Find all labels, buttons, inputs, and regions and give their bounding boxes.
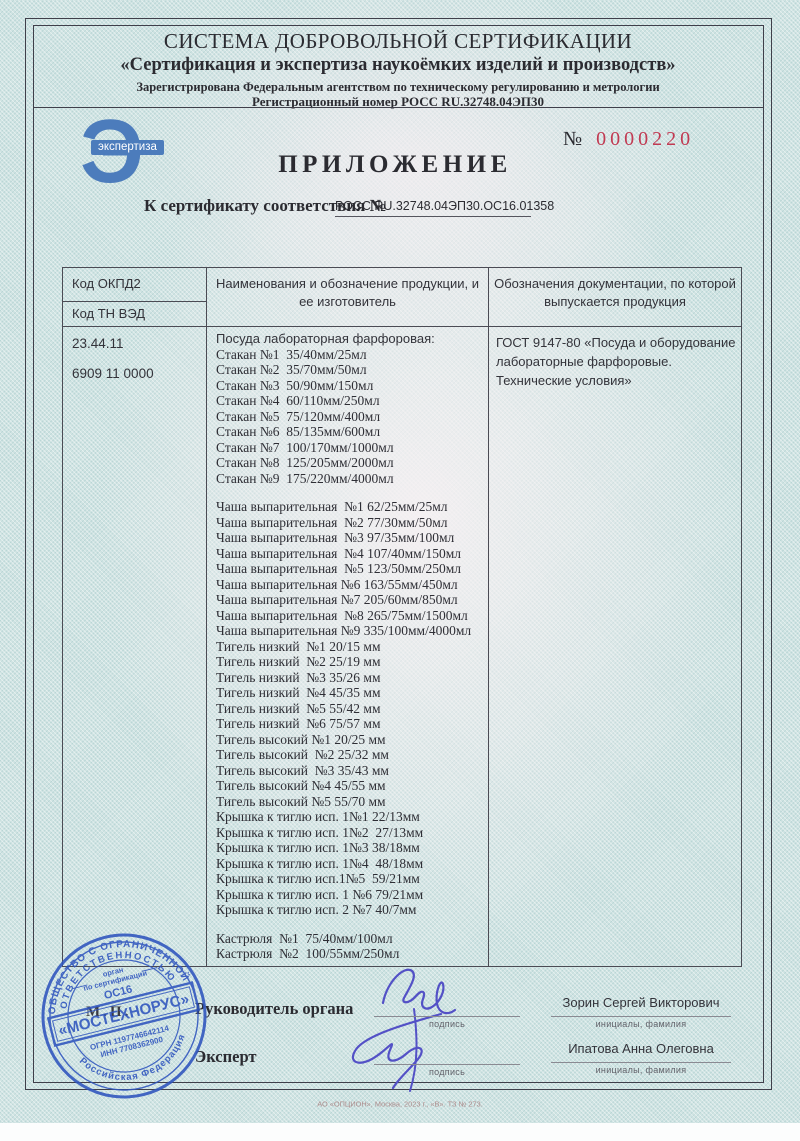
system-title: СИСТЕМА ДОБРОВОЛЬНОЙ СЕРТИФИКАЦИИ	[34, 29, 762, 54]
product-line: Чаша выпарительная №1 62/25мм/25мл	[216, 499, 488, 515]
product-line: Стакан №6 85/135мм/600мл	[216, 424, 488, 440]
codes-cell: 23.44.11 6909 11 0000	[72, 336, 154, 381]
column-divider-1	[206, 268, 207, 966]
signature-2-line	[374, 1064, 520, 1065]
product-group: Чаша выпарительная №1 62/25мм/25млЧаша в…	[216, 499, 488, 639]
product-line: Стакан №9 175/220мм/4000мл	[216, 471, 488, 487]
product-line: Крышка к тиглю исп. 1№4 48/18мм	[216, 856, 488, 872]
product-line: Стакан №3 50/90мм/150мл	[216, 378, 488, 394]
product-line: Чаша выпарительная №8 265/75мм/1500мл	[216, 608, 488, 624]
head-name-caption: инициалы, фамилия	[551, 1019, 731, 1029]
header-row-divider	[63, 326, 741, 327]
expert-name-caption: инициалы, фамилия	[551, 1065, 731, 1075]
certificate-appendix-page: СИСТЕМА ДОБРОВОЛЬНОЙ СЕРТИФИКАЦИИ «Серти…	[0, 0, 800, 1141]
product-line: Тигель низкий №6 75/57 мм	[216, 716, 488, 732]
product-line: Чаша выпарительная №4 107/40мм/150мл	[216, 546, 488, 562]
product-group: Кастрюля №1 75/40мм/100млКастрюля №2 100…	[216, 931, 488, 962]
form-number-value: 0000220	[596, 128, 694, 150]
product-line: Стакан №8 125/205мм/2000мл	[216, 455, 488, 471]
product-line: Стакан №5 75/120мм/400мл	[216, 409, 488, 425]
head-name-line	[551, 1016, 731, 1017]
product-line: Чаша выпарительная №9 335/100мм/4000мл	[216, 623, 488, 639]
product-line: Кастрюля №2 100/55мм/250мл	[216, 946, 488, 962]
header-documentation: Обозначения документации, по которой вып…	[489, 275, 741, 310]
product-line: Тигель высокий №3 35/43 мм	[216, 763, 488, 779]
code-cell-divider	[63, 301, 206, 302]
product-line: Стакан №1 35/40мм/25мл	[216, 347, 488, 363]
product-line: Тигель низкий №1 20/15 мм	[216, 639, 488, 655]
product-line: Кастрюля №1 75/40мм/100мл	[216, 931, 488, 947]
expert-name: Ипатова Анна Олеговна	[551, 1041, 731, 1056]
header-okpd2: Код ОКПД2	[72, 276, 141, 291]
product-line: Чаша выпарительная №7 205/60мм/850мл	[216, 592, 488, 608]
product-group: Стакан №1 35/40мм/25млСтакан №2 35/70мм/…	[216, 347, 488, 487]
registered-line: Зарегистрирована Федеральным агентством …	[34, 80, 762, 95]
product-line: Крышка к тиглю исп.1№5 59/21мм	[216, 871, 488, 887]
product-line: Чаша выпарительная №6 163/55мм/450мл	[216, 577, 488, 593]
system-name: «Сертификация и экспертиза наукоёмких из…	[34, 55, 762, 76]
page-title: ПРИЛОЖЕНИЕ	[0, 151, 790, 179]
form-number-sign: №	[563, 128, 582, 150]
products-table: Код ОКПД2 Код ТН ВЭД Наименования и обоз…	[62, 267, 742, 967]
documentation-line: лабораторные фарфоровые.	[496, 352, 742, 371]
column-divider-2	[488, 268, 489, 966]
product-line: Чаша выпарительная №3 97/35мм/100мл	[216, 530, 488, 546]
documentation-line: Технические условия»	[496, 371, 742, 390]
form-number: №0000220	[563, 128, 694, 151]
product-line: Стакан №7 100/170мм/1000мл	[216, 440, 488, 456]
product-group: Тигель низкий №1 20/15 ммТигель низкий №…	[216, 639, 488, 732]
scan-bottom-edge	[0, 1123, 800, 1141]
product-line: Тигель высокий №2 25/32 мм	[216, 747, 488, 763]
tnved-code: 6909 11 0000	[72, 366, 154, 381]
certificate-number: РОСС RU.32748.04ЭП30.ОС16.01358	[335, 199, 531, 217]
product-line: Стакан №4 60/110мм/250мл	[216, 393, 488, 409]
products-intro: Посуда лабораторная фарфоровая:	[216, 331, 488, 347]
product-line: Тигель высокий №5 55/70 мм	[216, 794, 488, 810]
product-line: Крышка к тиглю исп. 1№2 27/13мм	[216, 825, 488, 841]
product-group: Крышка к тиглю исп. 1№1 22/13ммКрышка к …	[216, 809, 488, 918]
products-cell: Посуда лабораторная фарфоровая: Стакан №…	[216, 331, 488, 962]
signature-1-caption: подпись	[374, 1019, 520, 1029]
product-line: Тигель высокий №1 20/25 мм	[216, 732, 488, 748]
product-line: Крышка к тиглю исп. 1№3 38/18мм	[216, 840, 488, 856]
product-line: Крышка к тиглю исп. 1№1 22/13мм	[216, 809, 488, 825]
signature-1-line	[374, 1016, 520, 1017]
product-group: Тигель высокий №1 20/25 ммТигель высокий…	[216, 732, 488, 810]
company-stamp: ОБЩЕСТВО С ОГРАНИЧЕННОЙ ОТВЕТСТВЕННОСТЬЮ…	[24, 916, 224, 1116]
head-name: Зорин Сергей Викторович	[551, 995, 731, 1010]
product-line: Тигель низкий №2 25/19 мм	[216, 654, 488, 670]
documentation-line: ГОСТ 9147-80 «Посуда и оборудование	[496, 333, 742, 352]
header-products: Наименования и обозначение продукции, и …	[207, 275, 488, 310]
product-line: Стакан №2 35/70мм/50мл	[216, 362, 488, 378]
product-groups: Стакан №1 35/40мм/25млСтакан №2 35/70мм/…	[216, 347, 488, 962]
product-line: Чаша выпарительная №2 77/30мм/50мл	[216, 515, 488, 531]
product-line: Тигель низкий №3 35/26 мм	[216, 670, 488, 686]
print-footer: АО «ОПЦИОН», Москва, 2023 г., «В». ТЗ № …	[299, 1100, 501, 1108]
documentation-cell: ГОСТ 9147-80 «Посуда и оборудованиелабор…	[496, 333, 742, 390]
product-line: Тигель низкий №4 45/35 мм	[216, 685, 488, 701]
okpd2-code: 23.44.11	[72, 336, 154, 351]
product-line: Чаша выпарительная №5 123/50мм/250мл	[216, 561, 488, 577]
product-line: Тигель высокий №4 45/55 мм	[216, 778, 488, 794]
header-tnved: Код ТН ВЭД	[72, 306, 145, 321]
expert-name-line	[551, 1062, 731, 1063]
product-line: Тигель низкий №5 55/42 мм	[216, 701, 488, 717]
product-line: Крышка к тиглю исп. 1 №6 79/21мм	[216, 887, 488, 903]
product-line: Крышка к тиглю исп. 2 №7 40/7мм	[216, 902, 488, 918]
signature-2-caption: подпись	[374, 1067, 520, 1077]
